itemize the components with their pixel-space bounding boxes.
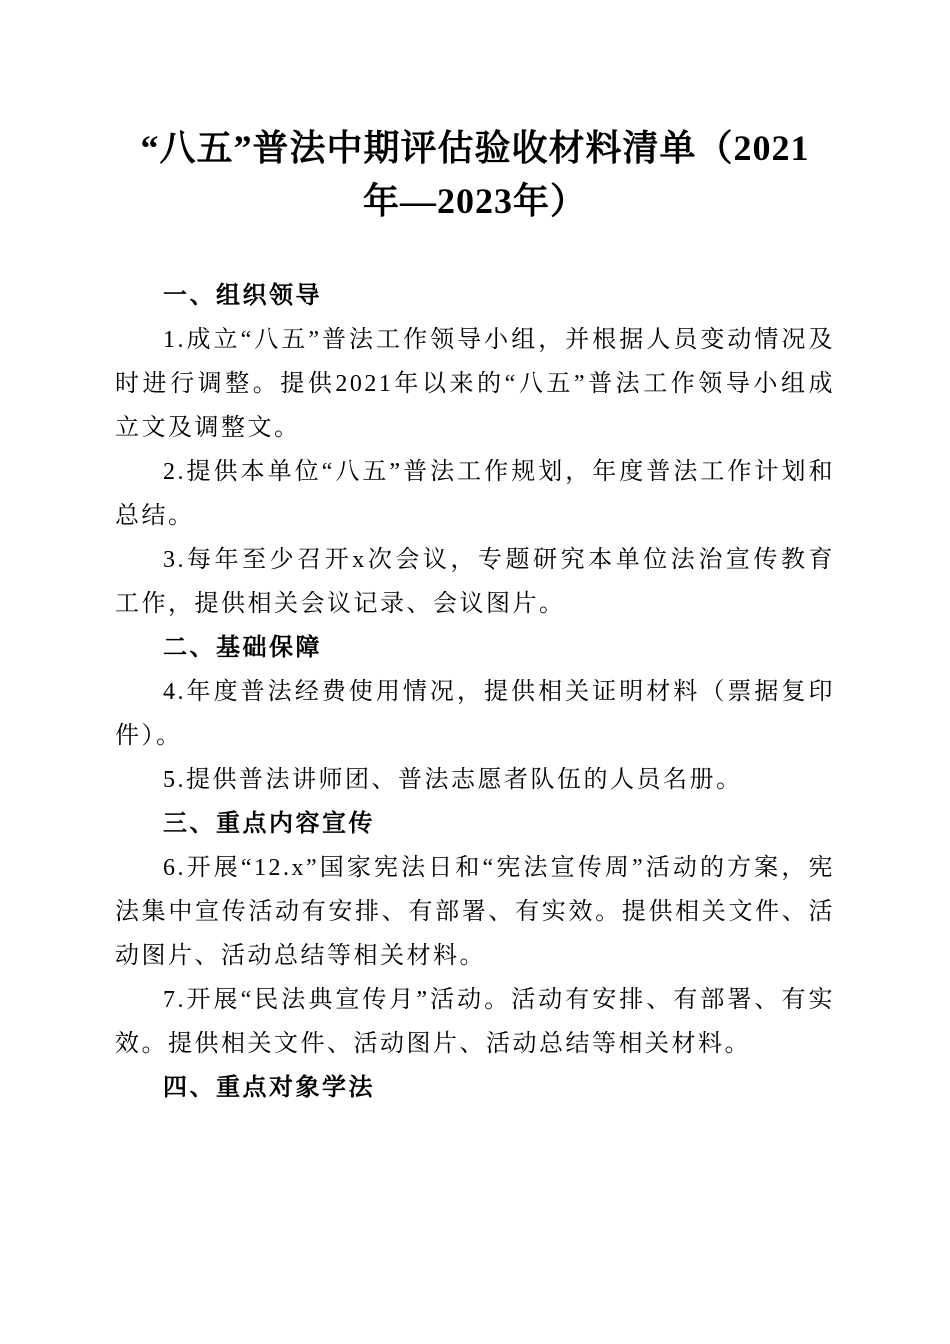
document-title-line-2: 年—2023年） xyxy=(80,175,870,228)
list-item-1: 1.成立“八五”普法工作领导小组，并根据人员变动情况及时进行调整。提供2021年… xyxy=(115,318,835,450)
list-item-7: 7.开展“民法典宣传月”活动。活动有安排、有部署、有实效。提供相关文件、活动图片… xyxy=(115,978,835,1066)
list-item-3: 3.每年至少召开x次会议，专题研究本单位法治宣传教育工作，提供相关会议记录、会议… xyxy=(115,538,835,626)
list-item-2: 2.提供本单位“八五”普法工作规划，年度普法工作计划和总结。 xyxy=(115,450,835,538)
section-heading-organization-leadership: 一、组织领导 xyxy=(115,274,835,318)
list-item-5: 5.提供普法讲师团、普法志愿者队伍的人员名册。 xyxy=(115,758,835,802)
document-page: “八五”普法中期评估验收材料清单（2021 年—2023年） 一、组织领导 1.… xyxy=(0,0,950,1344)
document-body: 一、组织领导 1.成立“八五”普法工作领导小组，并根据人员变动情况及时进行调整。… xyxy=(115,274,835,1110)
document-title-line-1: “八五”普法中期评估验收材料清单（2021 xyxy=(80,122,870,175)
document-title: “八五”普法中期评估验收材料清单（2021 年—2023年） xyxy=(80,122,870,228)
section-heading-key-target-law-learning: 四、重点对象学法 xyxy=(115,1066,835,1110)
list-item-6: 6.开展“12.x”国家宪法日和“宪法宣传周”活动的方案，宪法集中宣传活动有安排… xyxy=(115,846,835,978)
section-heading-basic-support: 二、基础保障 xyxy=(115,626,835,670)
list-item-4: 4.年度普法经费使用情况，提供相关证明材料（票据复印件）。 xyxy=(115,670,835,758)
section-heading-key-content-publicity: 三、重点内容宣传 xyxy=(115,802,835,846)
